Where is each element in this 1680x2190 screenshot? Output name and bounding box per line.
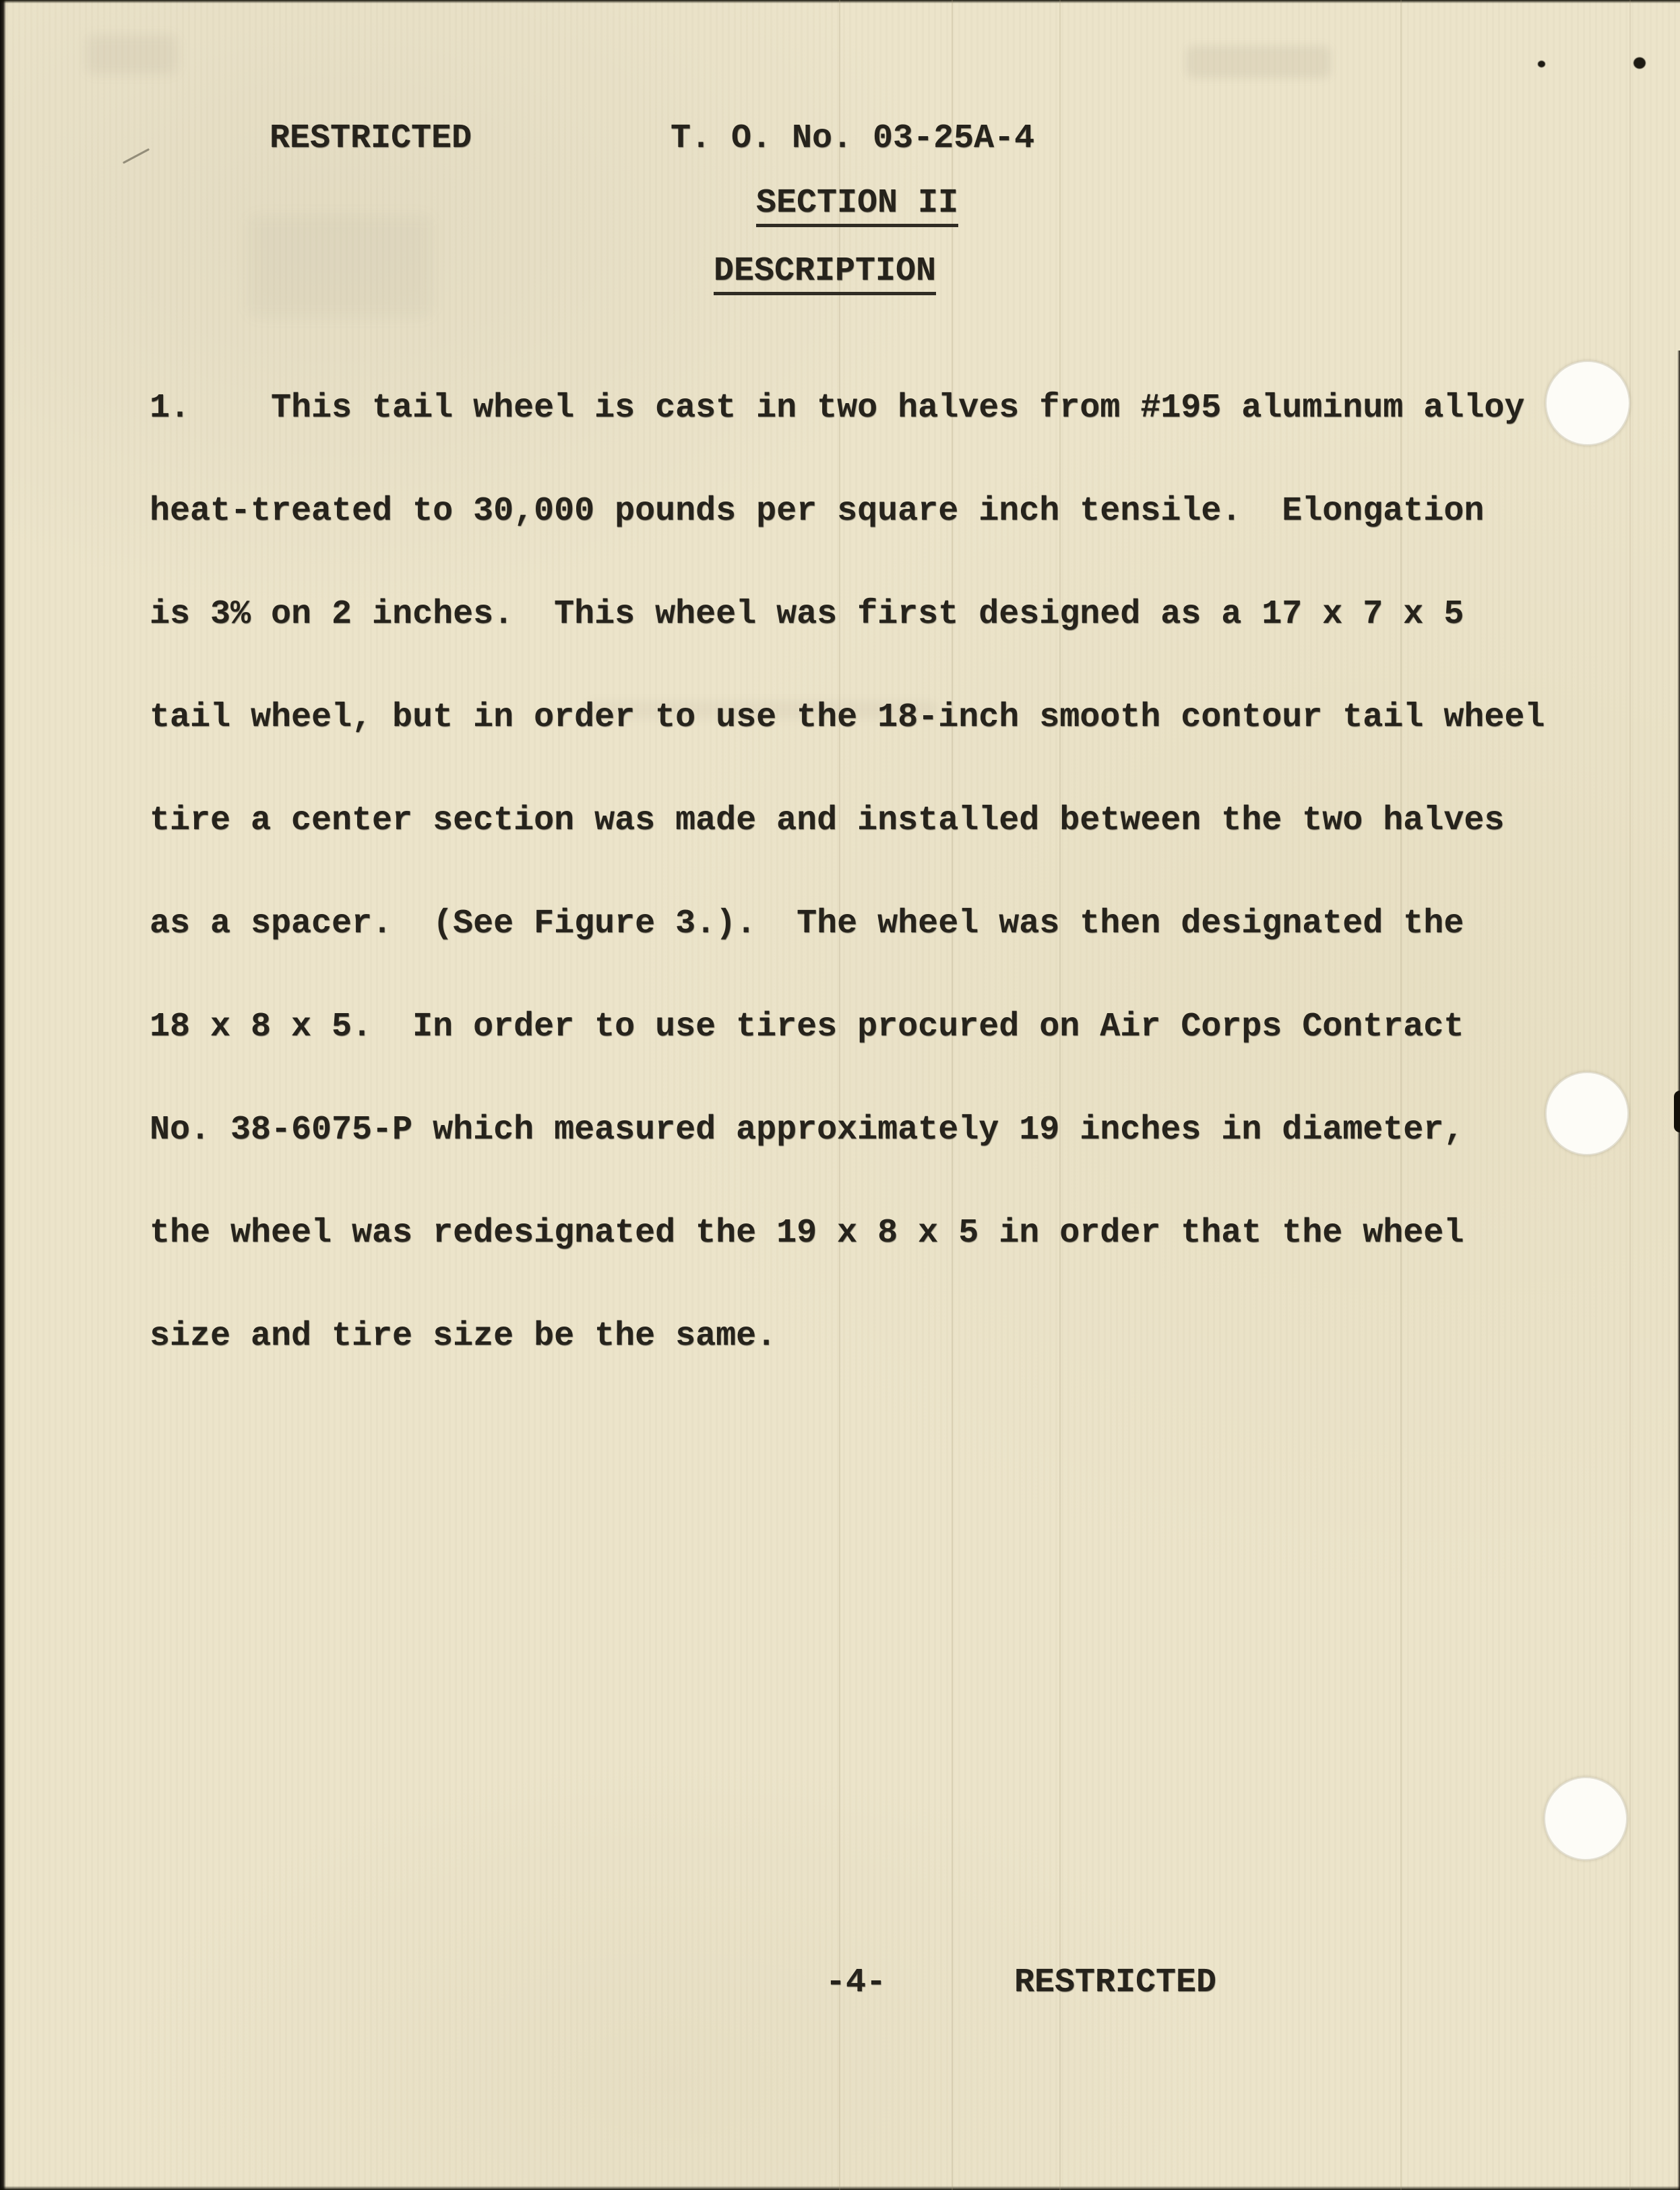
doc-number: T. O. No. 03-25A-4	[671, 121, 1034, 156]
punch-hole	[1545, 361, 1630, 446]
body-line: the wheel was redesignated the 19 x 8 x …	[150, 1216, 1545, 1250]
paper-streak	[1629, 0, 1631, 2190]
scan-edge-blob	[1674, 1091, 1680, 1132]
pencil-mark	[123, 148, 150, 164]
punch-hole	[1544, 1777, 1627, 1860]
body-line: 1. This tail wheel is cast in two halves…	[150, 391, 1545, 425]
body-line: tire a center section was made and insta…	[150, 803, 1545, 838]
page-number: -4-	[826, 1966, 886, 2000]
scan-edge-left	[0, 0, 6, 2190]
body-line: size and tire size be the same.	[150, 1319, 1545, 1353]
punch-hole	[1545, 1072, 1629, 1155]
section-subtitle: DESCRIPTION	[714, 254, 936, 295]
ink-speck	[1634, 57, 1646, 69]
body-paragraph: 1. This tail wheel is cast in two halves…	[150, 322, 1545, 1422]
scanned-document-page: RESTRICTED T. O. No. 03-25A-4 SECTION II…	[0, 0, 1680, 2190]
body-line: heat-treated to 30,000 pounds per square…	[150, 494, 1545, 528]
bleed-through-smudge	[1186, 46, 1331, 78]
body-line: as a spacer. (See Figure 3.). The wheel …	[150, 907, 1545, 941]
section-title: SECTION II	[756, 186, 958, 227]
scan-edge-right	[1677, 351, 1680, 2190]
body-line: tail wheel, but in order to use the 18-i…	[150, 700, 1545, 735]
body-line: is 3% on 2 inches. This wheel was first …	[150, 597, 1545, 632]
body-line: No. 38-6075-P which measured approximate…	[150, 1113, 1545, 1147]
bleed-through-smudge	[86, 35, 177, 74]
footer-classification: RESTRICTED	[1014, 1966, 1216, 2000]
bleed-through-smudge	[249, 216, 431, 317]
body-line: 18 x 8 x 5. In order to use tires procur…	[150, 1010, 1545, 1044]
ink-speck	[1538, 61, 1545, 67]
header-classification: RESTRICTED	[270, 121, 472, 156]
